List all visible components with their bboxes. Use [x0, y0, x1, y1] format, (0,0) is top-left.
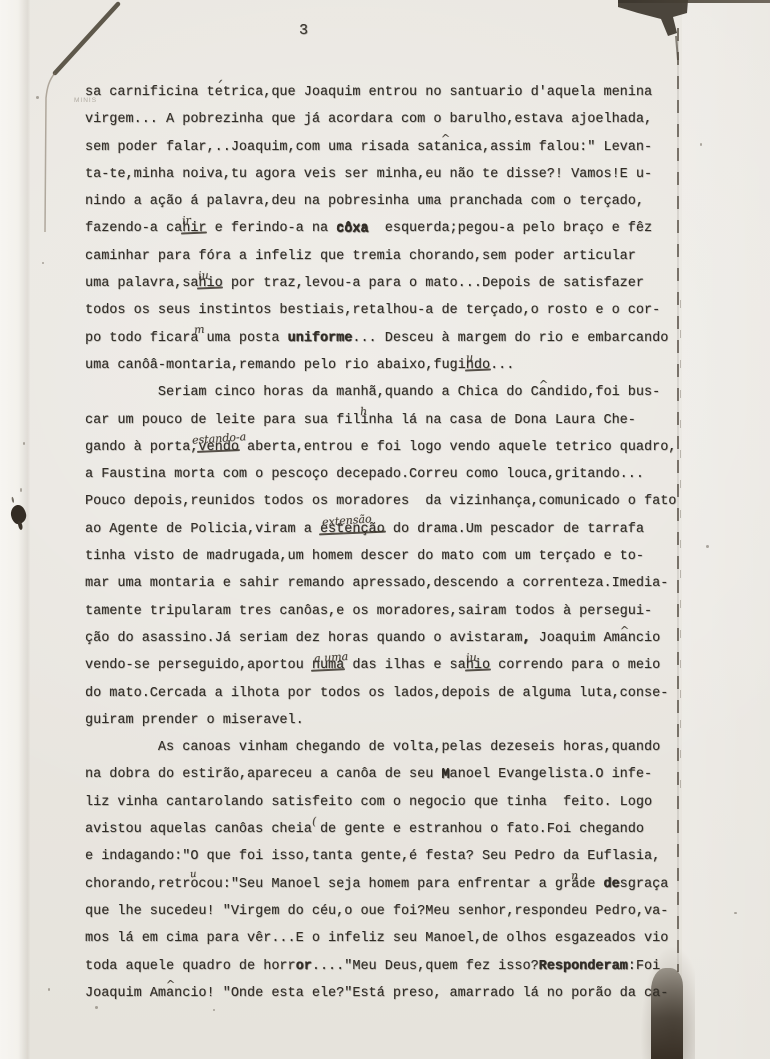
speck: [36, 96, 39, 99]
typewriter-line: sa carnificina tetrica,que Joaquim entro…: [85, 79, 705, 106]
speck: [706, 545, 709, 548]
typewriter-line: As canoas vinham chegando de volta,pelas…: [85, 734, 705, 761]
typewriter-line: caminhar para fóra a infeliz que tremia …: [85, 243, 705, 270]
typewriter-line: liz vinha cantarolando satisfeito com o …: [85, 789, 705, 816]
typewriter-line: todos os seus instintos bestiais,retalho…: [85, 297, 705, 324]
speck: [700, 143, 702, 146]
typewriter-line: ta-te,minha noiva,tu agora veis ser minh…: [85, 161, 705, 188]
typewriter-line: mar uma montaria e sahir remando apressa…: [85, 570, 705, 597]
typewriter-line: uma palavra,sahio por traz,levou-a para …: [85, 270, 705, 297]
typewriter-line: Seriam cinco horas da manhã,quando a Chi…: [85, 379, 705, 406]
typewriter-line: uma canôâ-montaria,remando pelo rio abai…: [85, 352, 705, 379]
typewriter-line: do mato.Cercada a ilhota por todos os la…: [85, 680, 705, 707]
speck: [20, 488, 22, 492]
typewriter-line: a Faustina morta com o pescoço decepado.…: [85, 461, 705, 488]
scan-top-edge: [618, 0, 770, 3]
scanned-page: MINIS 3 sa carnificina tetrica,que Joaqu…: [0, 0, 770, 1059]
speck: [23, 442, 25, 445]
typewriter-line: vendo-se perseguido,aportou numa das ilh…: [85, 652, 705, 679]
speck: [48, 988, 50, 991]
typewriter-line: toda aquele quadro de horror...."Meu Deu…: [85, 953, 705, 980]
page-number: 3: [299, 22, 308, 39]
scan-left-edge: [0, 0, 30, 1059]
typewriter-line: virgem... A pobrezinha que já acordara c…: [85, 106, 705, 133]
typewriter-line: na dobra do estirão,apareceu a canôa de …: [85, 761, 705, 788]
typewriter-line: gando à porta,vendo aberta,entrou e foi …: [85, 434, 705, 461]
typewriter-line: Joaquim Amancio! "Onde esta ele?"Está pr…: [85, 980, 705, 1007]
speck: [95, 1006, 98, 1009]
typewriter-line: e indagando:"O que foi isso,tanta gente,…: [85, 843, 705, 870]
typewriter-line: nindo a ação á palavra,deu na pobresinha…: [85, 188, 705, 215]
typewriter-line: guiram prender o miseravel.: [85, 707, 705, 734]
typewriter-line: ao Agente de Policia,viram a estenção do…: [85, 516, 705, 543]
typewriter-line: fazendo-a cahir e ferindo-a na côxa esqu…: [85, 215, 705, 242]
typewriter-line: ção do asassino.Já seriam dez horas quan…: [85, 625, 705, 652]
typewriter-line: tamente tripularam tres canôas,e os mora…: [85, 598, 705, 625]
typewriter-line: mos lá em cima para vêr...E o infeliz se…: [85, 925, 705, 952]
speck: [734, 912, 737, 914]
typewriter-line: po todo ficara uma posta uniforme... Des…: [85, 325, 705, 352]
typewriter-line: sem poder falar,..Joaquim,com uma risada…: [85, 134, 705, 161]
typewriter-line: que lhe sucedeu! "Virgem do céu,o oue fo…: [85, 898, 705, 925]
typewritten-text: sa carnificina tetrica,que Joaquim entro…: [85, 79, 705, 1007]
speck: [42, 262, 44, 264]
typewriter-line: car um pouco de leite para sua filinha l…: [85, 407, 705, 434]
speck: [213, 1009, 215, 1011]
typewriter-line: chorando,retrocou:"Seu Manoel seja homem…: [85, 871, 705, 898]
typewriter-line: Pouco depois,reunidos todos os moradores…: [85, 488, 705, 515]
typewriter-line: avistou aquelas canôas cheia de gente e …: [85, 816, 705, 843]
typewriter-line: tinha visto de madrugada,um homem descer…: [85, 543, 705, 570]
